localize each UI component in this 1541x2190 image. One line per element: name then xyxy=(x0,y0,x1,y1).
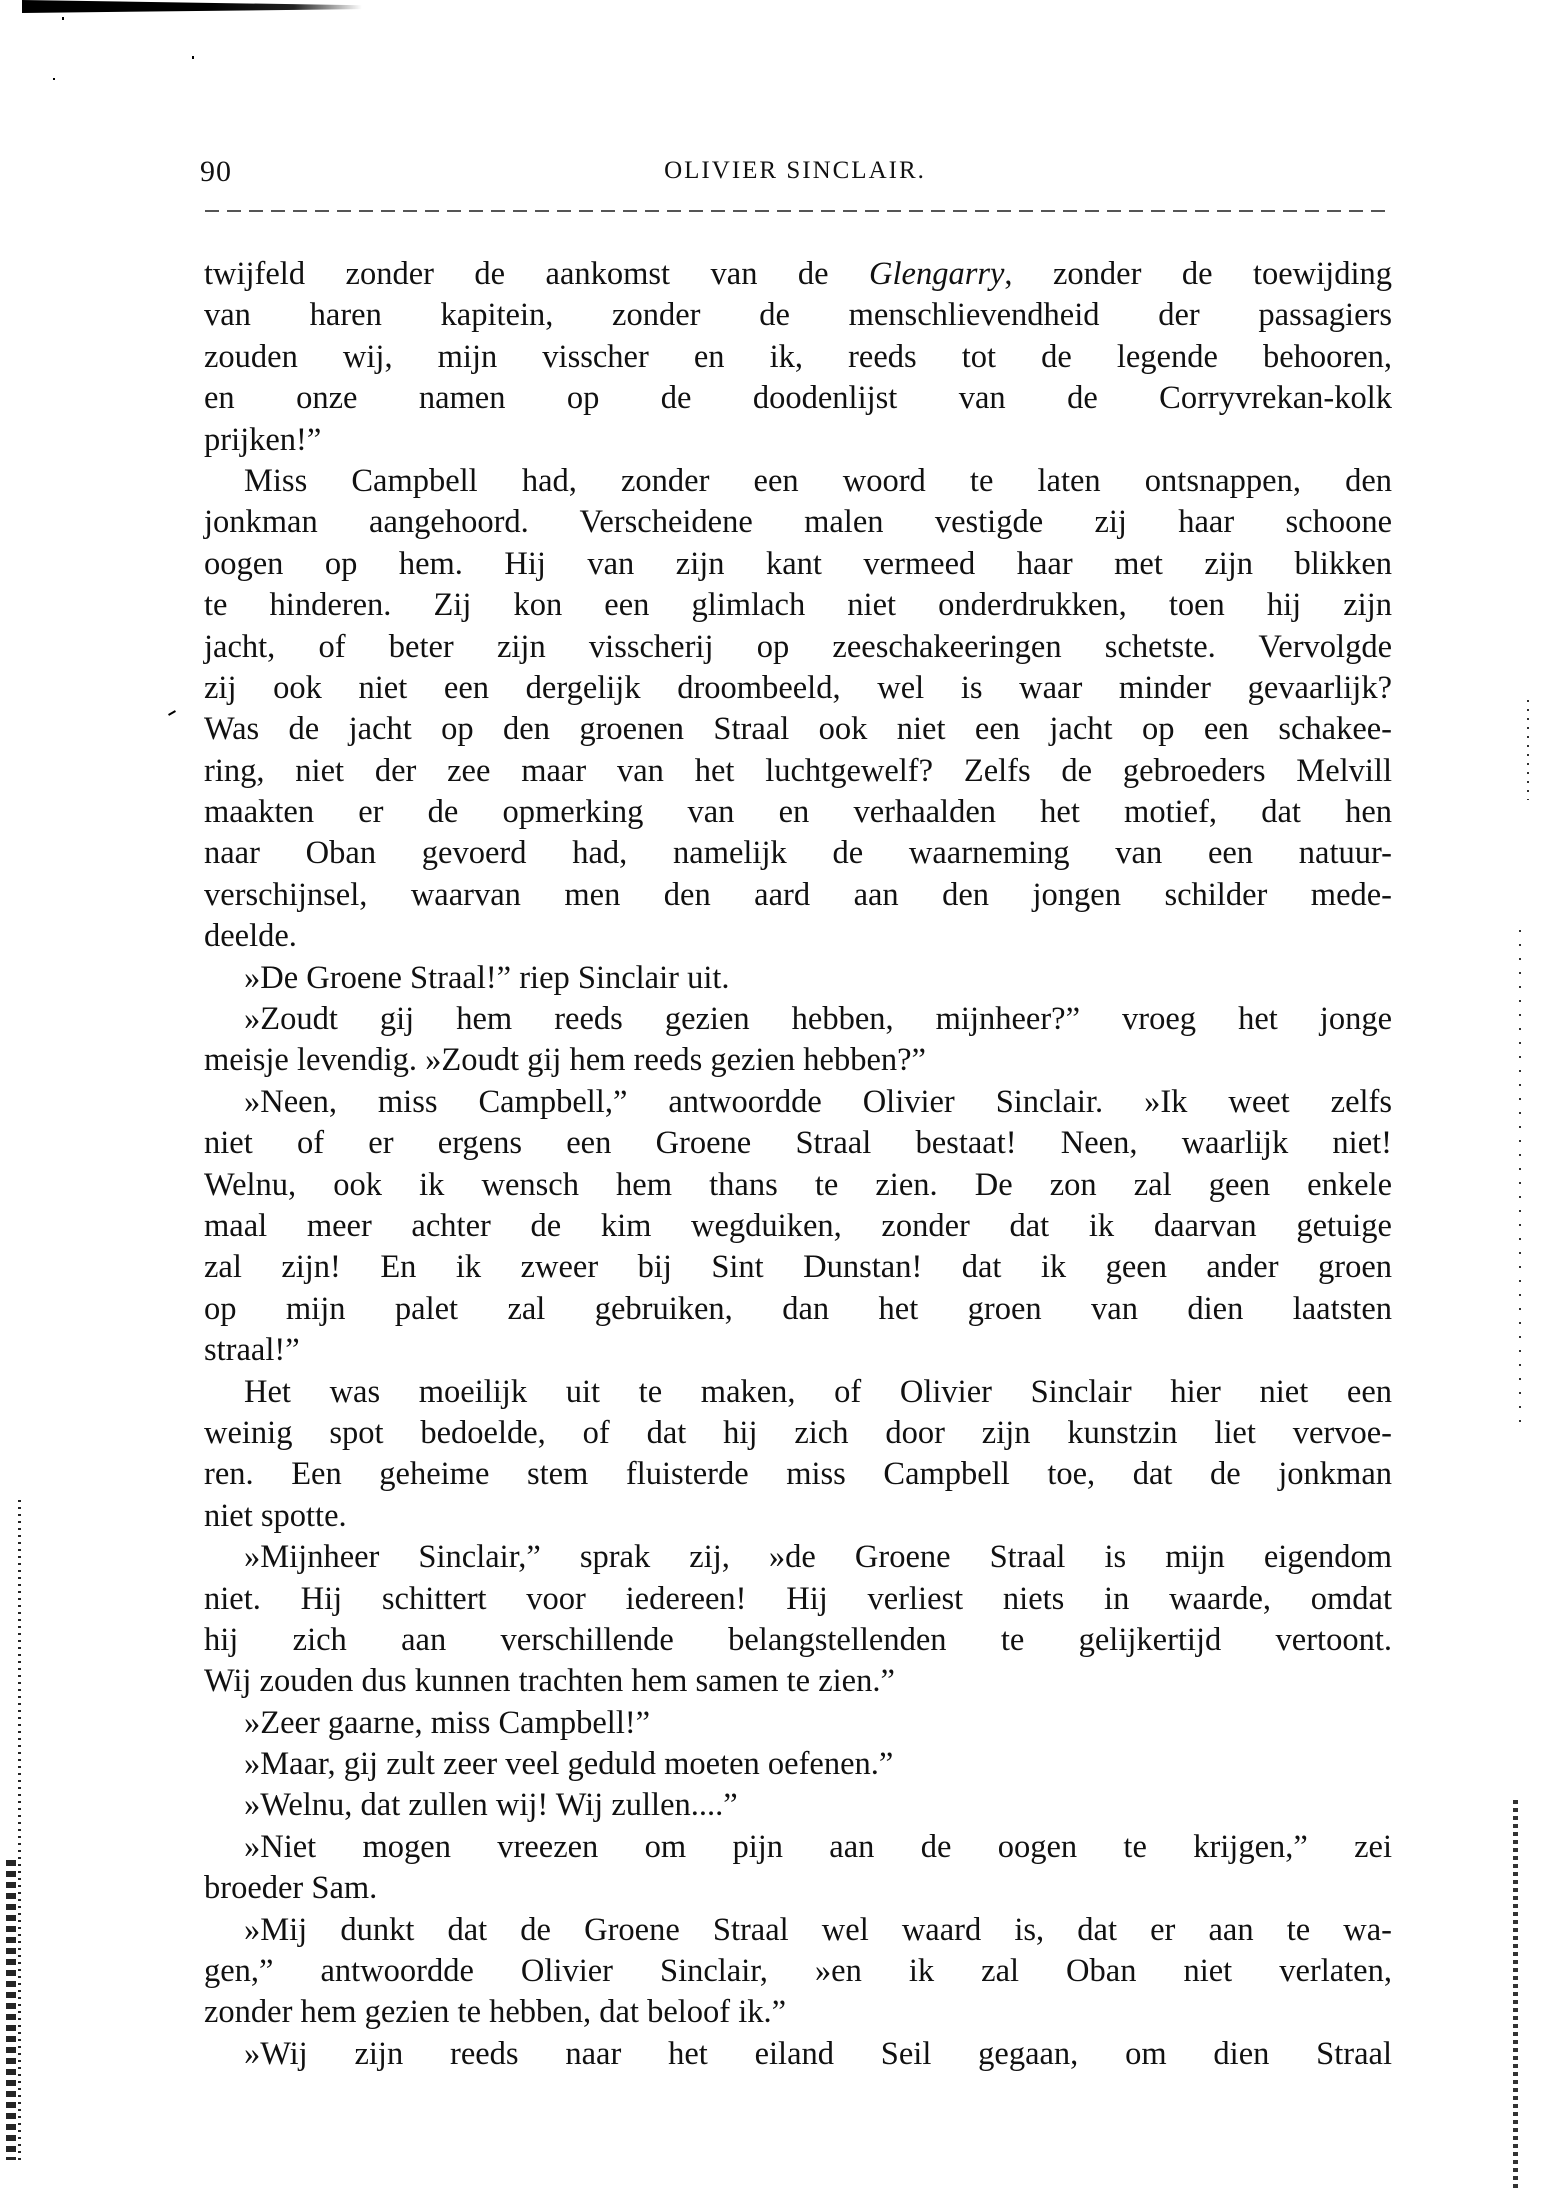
paragraph: »Zeer gaarne, miss Campbell!” xyxy=(204,1703,1392,1744)
paragraph: »Mij dunkt dat de Groene Straal wel waar… xyxy=(204,1910,1392,2034)
text-line: jacht, of beter zijn visscherij op zeesc… xyxy=(204,627,1392,668)
text-line: »Mijnheer Sinclair,” sprak zij, »de Groe… xyxy=(204,1537,1392,1578)
text-line: van haren kapitein, zonder de menschliev… xyxy=(204,295,1392,336)
text-line: Was de jacht op den groenen Straal ook n… xyxy=(204,709,1392,750)
paragraph: »Maar, gij zult zeer veel geduld moeten … xyxy=(204,1744,1392,1785)
text-line: naar Oban gevoerd had, namelijk de waarn… xyxy=(204,833,1392,874)
text-line: broeder Sam. xyxy=(204,1868,1392,1909)
paragraph: twijfeld zonder de aankomst van de Gleng… xyxy=(204,254,1392,461)
text-line: »Mij dunkt dat de Groene Straal wel waar… xyxy=(204,1910,1392,1951)
text-line: »Neen, miss Campbell,” antwoordde Olivie… xyxy=(204,1082,1392,1123)
text-line: »Maar, gij zult zeer veel geduld moeten … xyxy=(204,1744,1392,1785)
text-line: maakten er de opmerking van en verhaalde… xyxy=(204,792,1392,833)
running-head: 90 OLIVIER SINCLAIR. xyxy=(200,155,1390,195)
text-line: »Wij zijn reeds naar het eiland Seil geg… xyxy=(204,2034,1392,2075)
text-line: te hinderen. Zij kon een glimlach niet o… xyxy=(204,585,1392,626)
left-margin-scan-noise xyxy=(4,1500,28,2160)
running-title: OLIVIER SINCLAIR. xyxy=(200,157,1390,185)
text-line: gen,” antwoordde Olivier Sinclair, »en i… xyxy=(204,1951,1392,1992)
text-line: zal zijn! En ik zweer bij Sint Dunstan! … xyxy=(204,1247,1392,1288)
paragraph: »Wij zijn reeds naar het eiland Seil geg… xyxy=(204,2034,1392,2075)
scan-speck xyxy=(53,78,55,80)
text-line: »Niet mogen vreezen om pijn aan de oogen… xyxy=(204,1827,1392,1868)
text-line: zonder hem gezien te hebben, dat beloof … xyxy=(204,1992,1392,2033)
text-line: zij ook niet een dergelijk droombeeld, w… xyxy=(204,668,1392,709)
text-line: prijken!” xyxy=(204,420,1392,461)
text-line: straal!” xyxy=(204,1330,1392,1371)
text-line: meisje levendig. »Zoudt gij hem reeds ge… xyxy=(204,1040,1392,1081)
paragraph: Het was moeilijk uit te maken, of Olivie… xyxy=(204,1372,1392,1538)
scan-speck xyxy=(62,17,64,20)
text-line: verschijnsel, waarvan men den aard aan d… xyxy=(204,875,1392,916)
text-line: weinig spot bedoelde, of dat hij zich do… xyxy=(204,1413,1392,1454)
text-line: ren. Een geheime stem fluisterde miss Ca… xyxy=(204,1454,1392,1495)
right-margin-scan-noise xyxy=(1493,700,1533,2190)
text-line: hij zich aan verschillende belangstellen… xyxy=(204,1620,1392,1661)
body-text: twijfeld zonder de aankomst van de Gleng… xyxy=(204,254,1392,2075)
text-line: Welnu, ook ik wensch hem thans te zien. … xyxy=(204,1165,1392,1206)
paragraph: »Zoudt gij hem reeds gezien hebben, mijn… xyxy=(204,999,1392,1082)
text-line: »De Groene Straal!” riep Sinclair uit. xyxy=(204,958,1392,999)
text-line: »Welnu, dat zullen wij! Wij zullen....” xyxy=(204,1785,1392,1826)
text-line: deelde. xyxy=(204,916,1392,957)
paragraph: »De Groene Straal!” riep Sinclair uit. xyxy=(204,958,1392,999)
text-line: Het was moeilijk uit te maken, of Olivie… xyxy=(204,1372,1392,1413)
scan-speck xyxy=(192,56,194,59)
text-line: niet. Hij schittert voor iedereen! Hij v… xyxy=(204,1579,1392,1620)
paragraph: Miss Campbell had, zonder een woord te l… xyxy=(204,461,1392,958)
text-line: »Zeer gaarne, miss Campbell!” xyxy=(204,1703,1392,1744)
text-line: niet of er ergens een Groene Straal best… xyxy=(204,1123,1392,1164)
text-line: en onze namen op de doodenlijst van de C… xyxy=(204,378,1392,419)
paragraph: »Welnu, dat zullen wij! Wij zullen....” xyxy=(204,1785,1392,1826)
text-line: maal meer achter de kim wegduiken, zonde… xyxy=(204,1206,1392,1247)
paragraph: »Mijnheer Sinclair,” sprak zij, »de Groe… xyxy=(204,1537,1392,1703)
scan-edge-artifact xyxy=(22,0,362,13)
text-line: niet spotte. xyxy=(204,1496,1392,1537)
italic-ship-name: Glengarry xyxy=(869,256,1004,292)
text-line: Wij zouden dus kunnen trachten hem samen… xyxy=(204,1661,1392,1702)
paragraph: »Niet mogen vreezen om pijn aan de oogen… xyxy=(204,1827,1392,1910)
text-line: zouden wij, mijn visscher en ik, reeds t… xyxy=(204,337,1392,378)
text-line: twijfeld zonder de aankomst van de Gleng… xyxy=(204,254,1392,295)
text-line: »Zoudt gij hem reeds gezien hebben, mijn… xyxy=(204,999,1392,1040)
text-line: jonkman aangehoord. Verscheidene malen v… xyxy=(204,502,1392,543)
text-line: op mijn palet zal gebruiken, dan het gro… xyxy=(204,1289,1392,1330)
text-line: Miss Campbell had, zonder een woord te l… xyxy=(204,461,1392,502)
paragraph: »Neen, miss Campbell,” antwoordde Olivie… xyxy=(204,1082,1392,1372)
header-rule xyxy=(205,210,1390,212)
text-line: oogen op hem. Hij van zijn kant vermeed … xyxy=(204,544,1392,585)
text-line: ring, niet der zee maar van het luchtgew… xyxy=(204,751,1392,792)
scan-speck xyxy=(168,710,176,716)
